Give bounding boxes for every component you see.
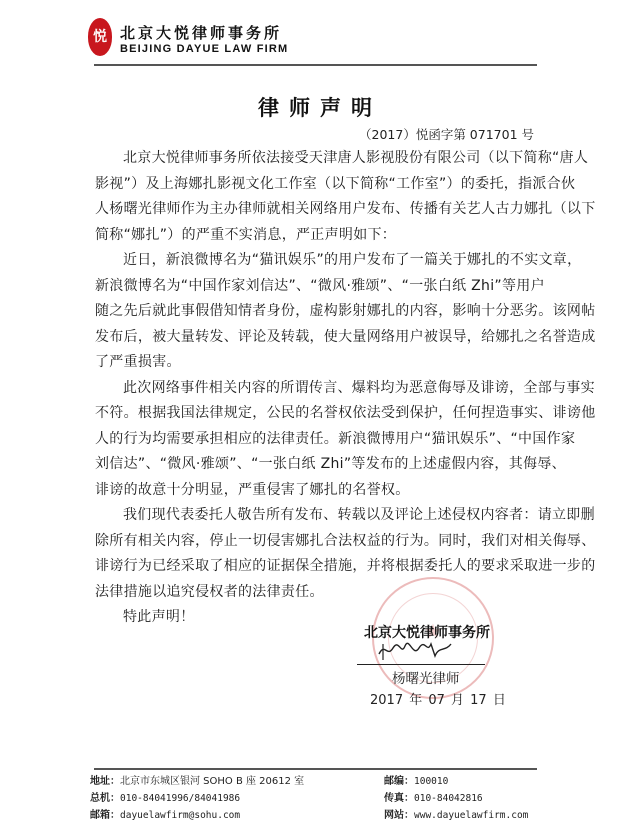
paragraph-line: 我们现代表委托人敬告所有发布、转载以及评论上述侵权内容者：请立即删 <box>95 503 540 529</box>
email-label: 邮箱： <box>90 810 120 821</box>
paragraph-line: 人杨曙光律师作为主办律师就相关网络用户发布、传播有关艺人古力娜扎（以下 <box>95 197 540 223</box>
footer-email: 邮箱：dayuelawfirm@sohu.com <box>90 809 240 823</box>
paragraph-line: 新浪微博名为“中国作家刘信达”、“微风·雅颂”、“一张白纸 Zhi”等用户 <box>95 274 540 300</box>
phone-label: 总机： <box>90 793 120 804</box>
paragraph-line: 除所有相关内容，停止一切侵害娜扎合法权益的行为。同时，我们对相关侮辱、 <box>95 529 540 555</box>
website-link[interactable]: www.dayuelawfirm.com <box>414 810 528 821</box>
logo-glyph: 悦 <box>93 30 107 44</box>
fax-value: 010-84042816 <box>414 793 483 804</box>
paragraph-line: 近日，新浪微博名为“猫讯娱乐”的用户发布了一篇关于娜扎的不实文章， <box>95 248 540 274</box>
statement-body: 北京大悦律师事务所依法接受天津唐人影视股份有限公司（以下简称“唐人 影视”）及上… <box>95 146 540 631</box>
signing-lawyer: 杨曙光律师 <box>392 667 460 687</box>
paragraph-line: 北京大悦律师事务所依法接受天津唐人影视股份有限公司（以下简称“唐人 <box>95 146 540 172</box>
firm-name-chinese: 北京大悦律师事务所 <box>120 22 282 43</box>
paragraph-line: 此次网络事件相关内容的所谓传言、爆料均为恶意侮辱及诽谤，全部与事实 <box>95 376 540 402</box>
paragraph-line: 影视”）及上海娜扎影视文化工作室（以下简称“工作室”）的委托，指派合伙 <box>95 172 540 198</box>
website-label: 网站： <box>384 810 414 821</box>
footer-fax: 传真：010-84042816 <box>384 792 483 806</box>
address-label: 地址： <box>90 776 120 787</box>
signature-line <box>357 664 485 665</box>
paragraph-line: 了严重损害。 <box>95 350 540 376</box>
paragraph-line: 不符。根据我国法律规定，公民的名誉权依法受到保护，任何捏造事实、诽谤他 <box>95 401 540 427</box>
reference-number: （2017）悦函字第 071701 号 <box>359 125 534 143</box>
firm-logo-seal-icon: 悦 <box>88 18 112 56</box>
postcode-label: 邮编： <box>384 776 414 787</box>
address-value: 北京市东城区银河 SOHO B 座 20612 室 <box>120 776 304 787</box>
firm-name-english: BEIJING DAYUE LAW FIRM <box>120 43 288 55</box>
signing-date: 2017 年 07 月 17 日 <box>370 689 506 708</box>
paragraph-line: 简称“娜扎”）的严重不实消息，严正声明如下： <box>95 223 540 249</box>
paragraph-line: 诽谤行为已经采取了相应的证据保全措施，并将根据委托人的要求采取进一步的 <box>95 554 540 580</box>
paragraph-line: 发布后，被大量转发、评论及转载，使大量网络用户被误导，给娜扎之名誉造成 <box>95 325 540 351</box>
footer-postcode: 邮编：100010 <box>384 775 448 789</box>
phone-value: 010-84041996/84041986 <box>120 793 240 804</box>
paragraph-line: 诽谤的故意十分明显，严重侵害了娜扎的名誉权。 <box>95 478 540 504</box>
paragraph-line: 刘信达”、“微风·雅颂”、“一张白纸 Zhi”等发布的上述虚假内容，其侮辱、 <box>95 452 540 478</box>
paragraph-line: 随之先后就此事假借知情者身份，虚构影射娜扎的内容，影响十分恶劣。该网帖 <box>95 299 540 325</box>
email-link[interactable]: dayuelawfirm@sohu.com <box>120 810 240 821</box>
fax-label: 传真： <box>384 793 414 804</box>
footer-website: 网站：www.dayuelawfirm.com <box>384 809 528 823</box>
document-title: 律师声明 <box>0 92 630 122</box>
paragraph-line: 人的行为均需要承担相应的法律责任。新浪微博用户“猫讯娱乐”、“中国作家 <box>95 427 540 453</box>
footer-phone: 总机：010-84041996/84041986 <box>90 792 240 806</box>
postcode-value: 100010 <box>414 776 448 787</box>
header-divider <box>94 64 537 66</box>
handwritten-signature-icon <box>375 636 455 662</box>
footer-address: 地址：北京市东城区银河 SOHO B 座 20612 室 <box>90 775 304 789</box>
footer-divider <box>94 768 537 770</box>
